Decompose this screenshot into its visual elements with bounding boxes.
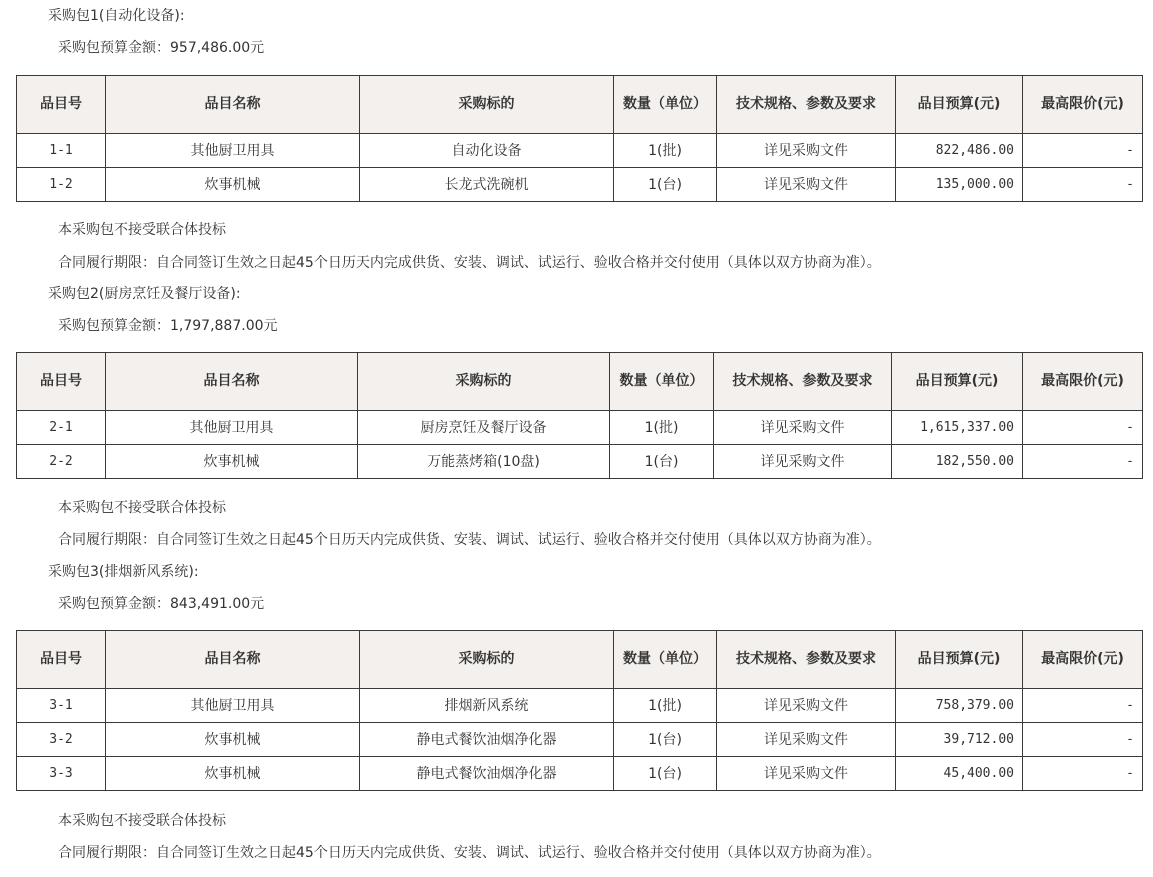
- table-row: 1-1 其他厨卫用具 自动化设备 1(批) 详见采购文件 822,486.00 …: [17, 134, 1143, 168]
- package-3-title: 采购包3(排烟新风系统):: [48, 562, 199, 582]
- header-quantity: 数量（单位）: [614, 76, 717, 134]
- cell-budget: 822,486.00: [896, 134, 1023, 168]
- cell-target: 静电式餐饮油烟净化器: [360, 723, 614, 757]
- header-max-price: 最高限价(元): [1023, 76, 1143, 134]
- cell-item-name: 其他厨卫用具: [106, 411, 358, 445]
- cell-budget: 758,379.00: [896, 689, 1023, 723]
- cell-item-no: 2-2: [17, 445, 106, 479]
- cell-quantity: 1(台): [610, 445, 714, 479]
- header-budget: 品目预算(元): [896, 76, 1023, 134]
- header-item-name: 品目名称: [106, 631, 360, 689]
- table-row: 1-2 炊事机械 长龙式洗碗机 1(台) 详见采购文件 135,000.00 -: [17, 168, 1143, 202]
- header-item-name: 品目名称: [106, 76, 360, 134]
- cell-budget: 182,550.00: [892, 445, 1023, 479]
- cell-budget: 45,400.00: [896, 757, 1023, 791]
- package-1-table: 品目号 品目名称 采购标的 数量（单位） 技术规格、参数及要求 品目预算(元) …: [16, 75, 1143, 202]
- header-target: 采购标的: [360, 631, 614, 689]
- table-row: 3-3 炊事机械 静电式餐饮油烟净化器 1(台) 详见采购文件 45,400.0…: [17, 757, 1143, 791]
- header-target: 采购标的: [358, 353, 610, 411]
- cell-spec: 详见采购文件: [714, 411, 892, 445]
- table-header-row: 品目号 品目名称 采购标的 数量（单位） 技术规格、参数及要求 品目预算(元) …: [17, 76, 1143, 134]
- cell-target: 排烟新风系统: [360, 689, 614, 723]
- table-row: 2-1 其他厨卫用具 厨房烹饪及餐厅设备 1(批) 详见采购文件 1,615,3…: [17, 411, 1143, 445]
- cell-max-price: -: [1023, 445, 1143, 479]
- header-target: 采购标的: [360, 76, 614, 134]
- header-item-no: 品目号: [17, 76, 106, 134]
- package-3-table: 品目号 品目名称 采购标的 数量（单位） 技术规格、参数及要求 品目预算(元) …: [16, 630, 1143, 791]
- table-row: 3-2 炊事机械 静电式餐饮油烟净化器 1(台) 详见采购文件 39,712.0…: [17, 723, 1143, 757]
- cell-target: 长龙式洗碗机: [360, 168, 614, 202]
- table-header-row: 品目号 品目名称 采购标的 数量（单位） 技术规格、参数及要求 品目预算(元) …: [17, 631, 1143, 689]
- cell-max-price: -: [1023, 689, 1143, 723]
- header-max-price: 最高限价(元): [1023, 353, 1143, 411]
- cell-max-price: -: [1023, 411, 1143, 445]
- package-3-contract-term: 合同履行期限：自合同签订生效之日起45个日历天内完成供货、安装、调试、试运行、验…: [58, 843, 881, 863]
- header-item-no: 品目号: [17, 353, 106, 411]
- cell-item-name: 炊事机械: [106, 445, 358, 479]
- cell-item-name: 其他厨卫用具: [106, 134, 360, 168]
- cell-quantity: 1(台): [614, 168, 717, 202]
- cell-budget: 39,712.00: [896, 723, 1023, 757]
- package-2-joint-bid-note: 本采购包不接受联合体投标: [58, 498, 226, 518]
- cell-spec: 详见采购文件: [717, 723, 896, 757]
- package-1-budget: 采购包预算金额：957,486.00元: [58, 38, 264, 58]
- cell-item-name: 炊事机械: [106, 168, 360, 202]
- package-3-budget: 采购包预算金额：843,491.00元: [58, 594, 264, 614]
- package-1-joint-bid-note: 本采购包不接受联合体投标: [58, 220, 226, 240]
- cell-target: 万能蒸烤箱(10盘): [358, 445, 610, 479]
- cell-quantity: 1(批): [610, 411, 714, 445]
- package-1-contract-term: 合同履行期限：自合同签订生效之日起45个日历天内完成供货、安装、调试、试运行、验…: [58, 253, 881, 273]
- package-2-table: 品目号 品目名称 采购标的 数量（单位） 技术规格、参数及要求 品目预算(元) …: [16, 352, 1143, 479]
- cell-item-no: 1-2: [17, 168, 106, 202]
- cell-target: 自动化设备: [360, 134, 614, 168]
- table-row: 2-2 炊事机械 万能蒸烤箱(10盘) 1(台) 详见采购文件 182,550.…: [17, 445, 1143, 479]
- header-item-no: 品目号: [17, 631, 106, 689]
- cell-max-price: -: [1023, 723, 1143, 757]
- package-1-title: 采购包1(自动化设备):: [48, 6, 185, 26]
- cell-item-no: 3-1: [17, 689, 106, 723]
- cell-item-no: 1-1: [17, 134, 106, 168]
- header-budget: 品目预算(元): [892, 353, 1023, 411]
- package-2-budget: 采购包预算金额：1,797,887.00元: [58, 316, 278, 336]
- cell-target: 静电式餐饮油烟净化器: [360, 757, 614, 791]
- package-2-contract-term: 合同履行期限：自合同签订生效之日起45个日历天内完成供货、安装、调试、试运行、验…: [58, 530, 881, 550]
- cell-quantity: 1(台): [614, 723, 717, 757]
- cell-max-price: -: [1023, 168, 1143, 202]
- cell-quantity: 1(台): [614, 757, 717, 791]
- cell-item-no: 3-3: [17, 757, 106, 791]
- cell-spec: 详见采购文件: [714, 445, 892, 479]
- cell-item-no: 2-1: [17, 411, 106, 445]
- header-item-name: 品目名称: [106, 353, 358, 411]
- cell-item-name: 炊事机械: [106, 757, 360, 791]
- package-2-title: 采购包2(厨房烹饪及餐厅设备):: [48, 284, 241, 304]
- cell-spec: 详见采购文件: [717, 757, 896, 791]
- cell-item-name: 炊事机械: [106, 723, 360, 757]
- cell-max-price: -: [1023, 757, 1143, 791]
- header-spec: 技术规格、参数及要求: [717, 76, 896, 134]
- header-spec: 技术规格、参数及要求: [714, 353, 892, 411]
- cell-quantity: 1(批): [614, 689, 717, 723]
- header-max-price: 最高限价(元): [1023, 631, 1143, 689]
- header-spec: 技术规格、参数及要求: [717, 631, 896, 689]
- package-3-joint-bid-note: 本采购包不接受联合体投标: [58, 811, 226, 831]
- cell-item-no: 3-2: [17, 723, 106, 757]
- cell-budget: 135,000.00: [896, 168, 1023, 202]
- cell-item-name: 其他厨卫用具: [106, 689, 360, 723]
- cell-quantity: 1(批): [614, 134, 717, 168]
- header-budget: 品目预算(元): [896, 631, 1023, 689]
- header-quantity: 数量（单位）: [614, 631, 717, 689]
- cell-target: 厨房烹饪及餐厅设备: [358, 411, 610, 445]
- table-header-row: 品目号 品目名称 采购标的 数量（单位） 技术规格、参数及要求 品目预算(元) …: [17, 353, 1143, 411]
- cell-spec: 详见采购文件: [717, 689, 896, 723]
- cell-spec: 详见采购文件: [717, 134, 896, 168]
- cell-budget: 1,615,337.00: [892, 411, 1023, 445]
- table-row: 3-1 其他厨卫用具 排烟新风系统 1(批) 详见采购文件 758,379.00…: [17, 689, 1143, 723]
- cell-spec: 详见采购文件: [717, 168, 896, 202]
- cell-max-price: -: [1023, 134, 1143, 168]
- header-quantity: 数量（单位）: [610, 353, 714, 411]
